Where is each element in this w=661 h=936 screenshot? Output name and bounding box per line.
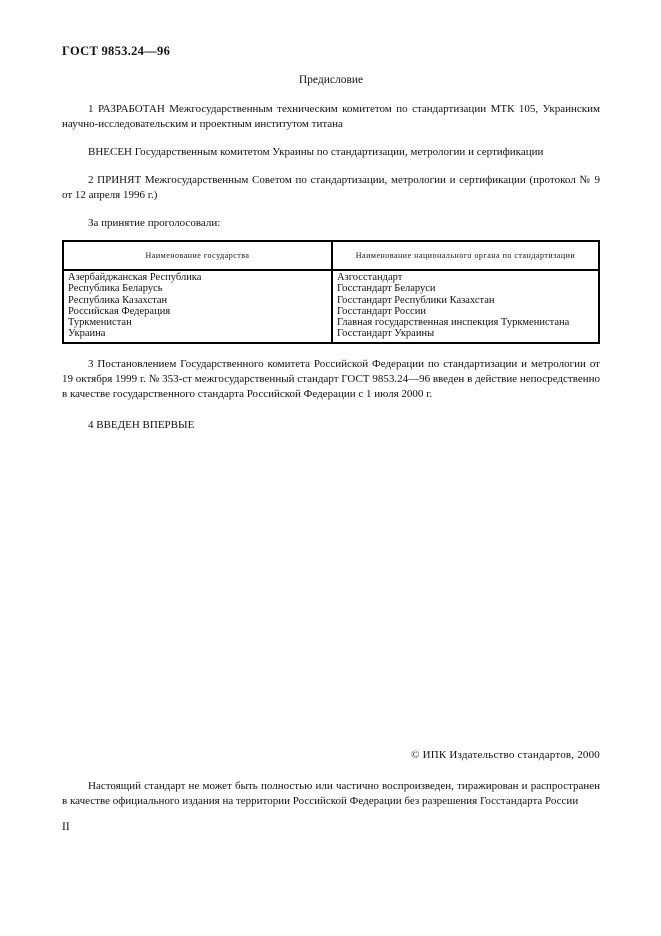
- national-body-cell: Госстандарт Беларуси: [337, 283, 594, 294]
- paragraph-submitted: ВНЕСЕН Государственным комитетом Украины…: [62, 145, 600, 160]
- paragraph-first-introduced: 4 ВВЕДЕН ВПЕРВЫЕ: [62, 418, 600, 433]
- table-header-country: Наименование государства: [63, 241, 332, 270]
- country-cell: Украина: [68, 328, 327, 339]
- paragraph-developed: 1 РАЗРАБОТАН Межгосударственным техничес…: [62, 102, 600, 132]
- country-cell-column: Азербайджанская Республика Республика Бе…: [63, 270, 332, 343]
- vote-table: Наименование государства Наименование на…: [62, 240, 600, 344]
- copyright-notice: © ИПК Издательство стандартов, 2000: [62, 748, 600, 763]
- paragraph-vote-intro: За принятие проголосовали:: [62, 216, 600, 231]
- paragraph-enactment: 3 Постановлением Государственного комите…: [62, 357, 600, 402]
- foreword-section: Предисловие 1 РАЗРАБОТАН Межгосударствен…: [62, 73, 600, 433]
- national-body-cell: Госстандарт Украины: [337, 328, 594, 339]
- country-cell: Туркменистан: [68, 317, 327, 328]
- page-footer: © ИПК Издательство стандартов, 2000 Наст…: [62, 748, 600, 835]
- page-number: II: [62, 820, 600, 835]
- national-body-cell: Главная государственная инспекция Туркме…: [337, 317, 594, 328]
- table-row: Азербайджанская Республика Республика Бе…: [63, 270, 599, 343]
- national-body-cell: Госстандарт России: [337, 306, 594, 317]
- restriction-paragraph: Настоящий стандарт не может быть полност…: [62, 779, 600, 809]
- country-cell: Российская Федерация: [68, 306, 327, 317]
- paragraph-accepted: 2 ПРИНЯТ Межгосударственным Советом по с…: [62, 173, 600, 203]
- foreword-title: Предисловие: [62, 73, 600, 88]
- national-body-cell: Азгосстандарт: [337, 272, 594, 283]
- country-cell: Республика Беларусь: [68, 283, 327, 294]
- country-cell: Республика Казахстан: [68, 295, 327, 306]
- national-body-cell-column: Азгосстандарт Госстандарт Беларуси Госст…: [332, 270, 599, 343]
- country-cell: Азербайджанская Республика: [68, 272, 327, 283]
- document-page: ГОСТ 9853.24—96 Предисловие 1 РАЗРАБОТАН…: [0, 0, 661, 936]
- vote-table-header-row: Наименование государства Наименование на…: [63, 241, 599, 270]
- national-body-cell: Госстандарт Республики Казахстан: [337, 295, 594, 306]
- table-header-national-body: Наименование национального органа по ста…: [332, 241, 599, 270]
- doc-code: ГОСТ 9853.24—96: [62, 44, 170, 59]
